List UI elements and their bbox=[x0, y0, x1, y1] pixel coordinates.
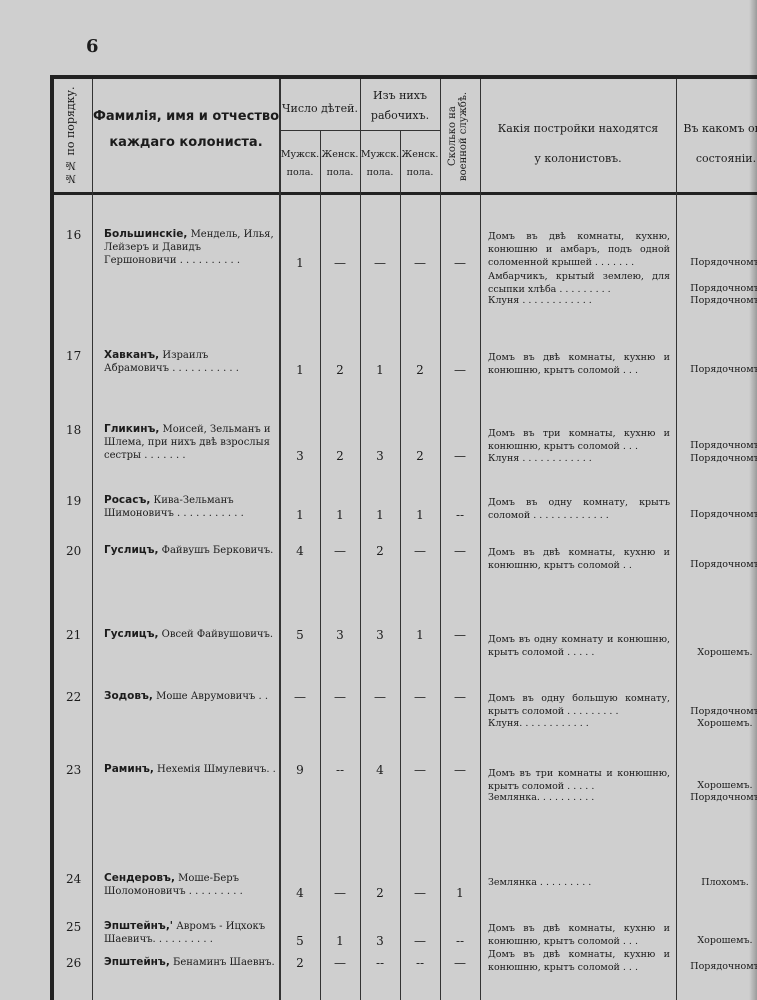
label: пола. bbox=[360, 164, 400, 182]
building-entry: Домъ въ одну комнату и конюшню, крытъ со… bbox=[488, 633, 670, 659]
row-number: 16 bbox=[66, 228, 81, 242]
workers-female: -- bbox=[400, 956, 440, 970]
col-divider bbox=[676, 79, 677, 1000]
building-condition: Порядочномъ bbox=[680, 256, 757, 269]
building-entry: Домъ въ три комнаты и конюшню, крытъ сол… bbox=[488, 767, 670, 793]
building-entry: Домъ въ двѣ комнаты, кухню и конюшню, кр… bbox=[488, 546, 670, 572]
header-condition-line1: Въ какомъ онѣ bbox=[676, 114, 757, 144]
label: Женск. bbox=[320, 146, 360, 164]
building-entry: Землянка. . . . . . . . . . bbox=[488, 791, 670, 804]
workers-female: — bbox=[400, 934, 440, 948]
children-male: 5 bbox=[280, 934, 320, 948]
header-children: Число дѣтей. bbox=[280, 98, 360, 120]
header-workers-female: Женск.пола. bbox=[400, 146, 440, 182]
building-entry: Домъ въ двѣ комнаты, кухню и конюшню, кр… bbox=[488, 922, 670, 948]
table-top-border bbox=[50, 75, 757, 79]
military-service: 1 bbox=[440, 886, 480, 900]
row-number: 26 bbox=[66, 956, 81, 970]
workers-female: — bbox=[400, 690, 440, 704]
colonist-name: Эпштейнъ, Бенаминъ Шаевнъ. bbox=[104, 956, 276, 969]
subheader-line bbox=[280, 130, 440, 131]
workers-male: 2 bbox=[360, 544, 400, 558]
military-service: — bbox=[440, 363, 480, 377]
row-number: 25 bbox=[66, 920, 81, 934]
workers-female: 1 bbox=[400, 508, 440, 522]
colonist-name: Зодовъ, Моше Аврумовичъ . . bbox=[104, 690, 276, 703]
military-service: — bbox=[440, 763, 480, 777]
colonist-name: Раминъ, Нехемія Шмулевичъ. . bbox=[104, 763, 276, 776]
military-service: — bbox=[440, 628, 480, 642]
children-male: — bbox=[280, 690, 320, 704]
children-male: 1 bbox=[280, 508, 320, 522]
surname: Сендеровъ, bbox=[104, 872, 175, 884]
row-number: 24 bbox=[66, 872, 81, 886]
children-female: 1 bbox=[320, 934, 360, 948]
header-condition: Въ какомъ онѣ состояніи. bbox=[676, 114, 757, 174]
label: пола. bbox=[320, 164, 360, 182]
military-service: — bbox=[440, 544, 480, 558]
children-male: 4 bbox=[280, 544, 320, 558]
colonist-name: Сендеровъ, Моше-Беръ Шоломоновичъ . . . … bbox=[104, 872, 276, 898]
children-female: — bbox=[320, 690, 360, 704]
building-condition: Порядочномъ bbox=[680, 452, 757, 465]
building-entry: Клуня . . . . . . . . . . . . bbox=[488, 452, 670, 465]
header-name-line2: каждаго колониста. bbox=[92, 130, 280, 156]
header-bottom-border bbox=[50, 192, 757, 195]
children-male: 1 bbox=[280, 363, 320, 377]
children-female: 2 bbox=[320, 449, 360, 463]
workers-male: 2 bbox=[360, 886, 400, 900]
building-condition: Порядочномъ bbox=[680, 960, 757, 973]
building-entry: Домъ въ двѣ комнаты, кухню и конюшню, кр… bbox=[488, 351, 670, 377]
label: пола. bbox=[280, 164, 320, 182]
children-male: 9 bbox=[280, 763, 320, 777]
header-name: Фамилія, имя и отчество каждаго колонист… bbox=[92, 104, 280, 156]
header-workers: Изъ нихъ рабочихъ. bbox=[360, 86, 440, 126]
row-number: 17 bbox=[66, 349, 81, 363]
surname: Гликинъ, bbox=[104, 423, 159, 435]
military-service: — bbox=[440, 449, 480, 463]
label: Мужск. bbox=[360, 146, 400, 164]
header-children-male: Мужск.пола. bbox=[280, 146, 320, 182]
building-condition: Порядочномъ bbox=[680, 294, 757, 307]
building-entry: Домъ въ одну большую комнату, крытъ соло… bbox=[488, 692, 670, 718]
surname: Хавканъ, bbox=[104, 349, 159, 361]
building-condition: Порядочномъ bbox=[680, 363, 757, 376]
military-service: — bbox=[440, 690, 480, 704]
page-gutter-shadow bbox=[749, 0, 757, 1000]
row-number: 20 bbox=[66, 544, 81, 558]
surname: Гуслицъ, bbox=[104, 628, 158, 640]
workers-female: 1 bbox=[400, 628, 440, 642]
col-divider bbox=[480, 79, 481, 1000]
building-condition: Порядочномъ bbox=[680, 791, 757, 804]
children-female: 2 bbox=[320, 363, 360, 377]
colonist-name: Гуслицъ, Файвушъ Берковичъ. bbox=[104, 544, 276, 557]
workers-male: 3 bbox=[360, 934, 400, 948]
given-names: Файвушъ Берковичъ. bbox=[162, 545, 274, 556]
header-buildings-line2: у колонистовъ. bbox=[480, 144, 676, 174]
building-entry: Землянка . . . . . . . . . bbox=[488, 876, 670, 889]
col-divider bbox=[360, 79, 361, 1000]
header-name-line1: Фамилія, имя и отчество bbox=[92, 104, 280, 130]
header-condition-line2: состояніи. bbox=[676, 144, 757, 174]
header-number: №№ по порядку. bbox=[64, 84, 77, 188]
workers-female: — bbox=[400, 544, 440, 558]
label: Женск. bbox=[400, 146, 440, 164]
given-names: Овсей Файвушовичъ. bbox=[162, 629, 273, 640]
surname: Большинскіе, bbox=[104, 228, 187, 240]
children-female: — bbox=[320, 256, 360, 270]
building-condition: Хорошемъ. bbox=[680, 934, 757, 947]
surname: Росасъ, bbox=[104, 494, 150, 506]
colonist-name: Росасъ, Кива-Зельманъ Шимоновичъ . . . .… bbox=[104, 494, 276, 520]
row-number: 21 bbox=[66, 628, 81, 642]
workers-male: — bbox=[360, 256, 400, 270]
row-number: 19 bbox=[66, 494, 81, 508]
colonist-name: Гликинъ, Моисей, Зельманъ и Шлема, при н… bbox=[104, 423, 276, 462]
building-entry: Клуня . . . . . . . . . . . . bbox=[488, 294, 670, 307]
surname: Эпштейнъ, bbox=[104, 956, 170, 968]
building-entry: Клуня. . . . . . . . . . . . bbox=[488, 717, 670, 730]
children-male: 5 bbox=[280, 628, 320, 642]
children-female: — bbox=[320, 956, 360, 970]
workers-male: -- bbox=[360, 956, 400, 970]
header-buildings: Какія постройки находятся у колонистовъ. bbox=[480, 114, 676, 174]
children-female: 1 bbox=[320, 508, 360, 522]
workers-female: — bbox=[400, 256, 440, 270]
building-condition: Хорошемъ. bbox=[680, 646, 757, 659]
header-children-female: Женск.пола. bbox=[320, 146, 360, 182]
table-left-border bbox=[50, 75, 54, 1000]
military-service: — bbox=[440, 256, 480, 270]
workers-male: 3 bbox=[360, 449, 400, 463]
surname: Эпштейнъ,' bbox=[104, 920, 173, 932]
children-male: 2 bbox=[280, 956, 320, 970]
surname: Раминъ, bbox=[104, 763, 154, 775]
header-military: Сколько на военной службѣ. bbox=[447, 84, 475, 188]
children-male: 3 bbox=[280, 449, 320, 463]
children-male: 1 bbox=[280, 256, 320, 270]
header-workers-male: Мужск.пола. bbox=[360, 146, 400, 182]
building-condition: Хорошемъ. bbox=[680, 717, 757, 730]
workers-female: — bbox=[400, 886, 440, 900]
label: пола. bbox=[400, 164, 440, 182]
colonist-name: Хавканъ, Израилъ Абрамовичъ . . . . . . … bbox=[104, 349, 276, 375]
military-service: — bbox=[440, 956, 480, 970]
header-workers-line1: Изъ нихъ bbox=[360, 86, 440, 106]
building-condition: Порядочномъ bbox=[680, 508, 757, 521]
building-entry: Домъ въ двѣ комнаты, кухню, конюшню и ам… bbox=[488, 230, 670, 269]
building-entry: Домъ въ три комнаты, кухню и конюшню, кр… bbox=[488, 427, 670, 453]
given-names: Моше Аврумовичъ . . bbox=[156, 691, 268, 702]
colonist-name: Большинскіе, Мендель, Илья, Лейзеръ и Да… bbox=[104, 228, 276, 267]
workers-male: 1 bbox=[360, 363, 400, 377]
col-divider bbox=[92, 79, 93, 1000]
building-entry: Домъ въ двѣ комнаты, кухню и конюшню, кр… bbox=[488, 948, 670, 974]
colonist-name: Гуслицъ, Овсей Файвушовичъ. bbox=[104, 628, 276, 641]
surname: Зодовъ, bbox=[104, 690, 153, 702]
building-condition: Порядочномъ bbox=[680, 558, 757, 571]
given-names: Бенаминъ Шаевнъ. bbox=[173, 957, 275, 968]
children-female: 3 bbox=[320, 628, 360, 642]
workers-male: 3 bbox=[360, 628, 400, 642]
row-number: 18 bbox=[66, 423, 81, 437]
building-condition: Порядочномъ bbox=[680, 439, 757, 452]
building-entry: Домъ въ одну комнату, крытъ соломой . . … bbox=[488, 496, 670, 522]
children-female: — bbox=[320, 544, 360, 558]
workers-male: 1 bbox=[360, 508, 400, 522]
building-entry: Амбарчикъ, крытый землею, для ссыпки хлѣ… bbox=[488, 270, 670, 296]
workers-female: — bbox=[400, 763, 440, 777]
military-service: -- bbox=[440, 508, 480, 522]
workers-male: — bbox=[360, 690, 400, 704]
workers-male: 4 bbox=[360, 763, 400, 777]
label: Мужск. bbox=[280, 146, 320, 164]
workers-female: 2 bbox=[400, 363, 440, 377]
military-service: -- bbox=[440, 934, 480, 948]
header-workers-line2: рабочихъ. bbox=[360, 106, 440, 126]
workers-female: 2 bbox=[400, 449, 440, 463]
given-names: Нехемія Шмулевичъ. . bbox=[157, 764, 276, 775]
col-divider bbox=[279, 79, 281, 1000]
row-number: 22 bbox=[66, 690, 81, 704]
row-number: 23 bbox=[66, 763, 81, 777]
building-condition: Плохомъ. bbox=[680, 876, 757, 889]
header-buildings-line1: Какія постройки находятся bbox=[480, 114, 676, 144]
children-female: -- bbox=[320, 763, 360, 777]
col-divider bbox=[440, 79, 441, 1000]
page-number: 6 bbox=[86, 36, 99, 57]
surname: Гуслицъ, bbox=[104, 544, 158, 556]
colonist-name: Эпштейнъ,' Авромъ - Ицхокъ Шаевичъ. . . … bbox=[104, 920, 276, 946]
children-female: — bbox=[320, 886, 360, 900]
children-male: 4 bbox=[280, 886, 320, 900]
